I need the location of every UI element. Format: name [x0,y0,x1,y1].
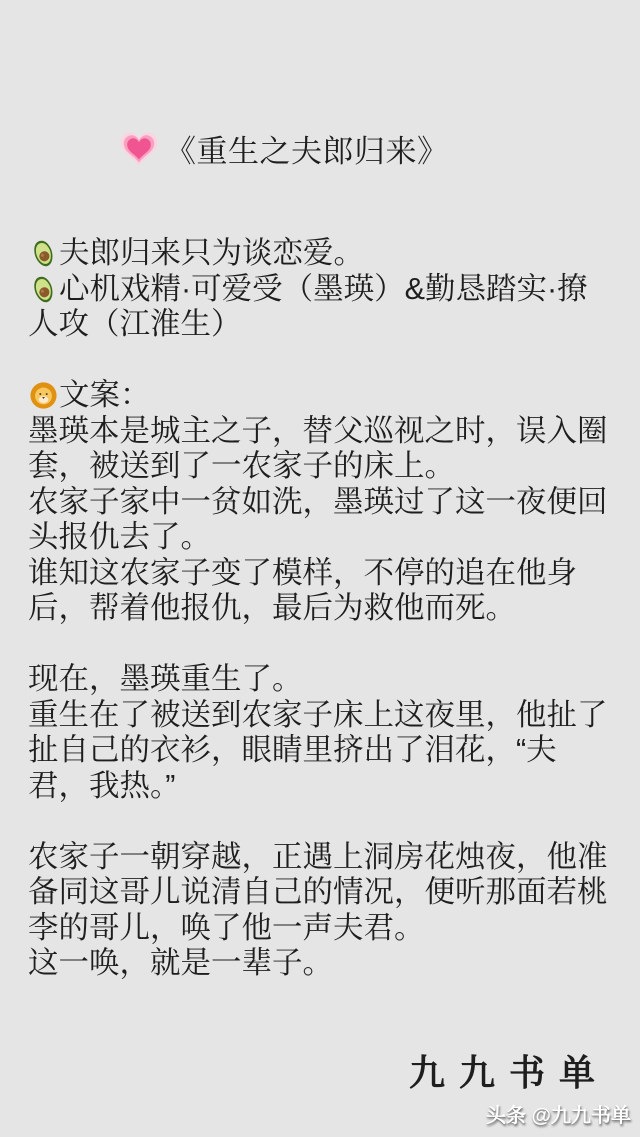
body-line-text: 这一唤，就是一辈子。 [28,946,333,980]
body-line: 谁知这农家子变了模样，不停的追在他身 [28,556,640,592]
body-line-text: 重生在了被送到农家子床上这夜里，他扯了 [28,698,608,732]
avocado-icon [28,274,59,305]
body-line: 农家子家中一贫如洗，墨瑛过了这一夜便回 [28,485,640,521]
body-line-text: 墨瑛本是城主之子，替父巡视之时，误入圈 [28,414,608,448]
body-line: 文案： [28,378,640,414]
body-line-text: 夫郎归来只为谈恋爱。 [59,236,364,270]
body-line-text: 农家子家中一贫如洗，墨瑛过了这一夜便回 [28,485,608,519]
avocado-icon [28,238,59,269]
book-title-text: 《重生之夫郎归来》 [165,126,449,171]
body-line: 心机戏精·可爱受（墨瑛）&勤恳踏实·撩 [28,272,640,308]
book-title: 《重生之夫郎归来》 [120,126,449,171]
body-line-text: 农家子一朝穿越，正遇上洞房花烛夜，他准 [28,840,608,874]
body-line: 头报仇去了。 [28,520,640,556]
body-line-text: 心机戏精·可爱受（墨瑛）&勤恳踏实·撩 [59,272,588,306]
growing-heart-icon [120,131,158,167]
paragraph: 农家子一朝穿越，正遇上洞房花烛夜，他准备同这哥儿说清自己的情况，便听那面若桃李的… [28,840,640,982]
body-line-text: 人攻（江淮生） [28,307,242,341]
body-line: 扯自己的衣衫，眼睛里挤出了泪花，“夫 [28,733,640,769]
body-line-text: 扯自己的衣衫，眼睛里挤出了泪花，“夫 [28,733,557,767]
body-line-text: 现在，墨瑛重生了。 [28,662,303,696]
body-line: 农家子一朝穿越，正遇上洞房花烛夜，他准 [28,840,640,876]
body-line: 重生在了被送到农家子床上这夜里，他扯了 [28,698,640,734]
paragraph: 现在，墨瑛重生了。重生在了被送到农家子床上这夜里，他扯了扯自己的衣衫，眼睛里挤出… [28,662,640,804]
lion-icon [28,380,59,411]
body-line: 君，我热。” [28,769,640,805]
body-line: 墨瑛本是城主之子，替父巡视之时，误入圈 [28,414,640,450]
body-line-text: 李的哥儿，唤了他一声夫君。 [28,911,425,945]
body-line: 后，帮着他报仇，最后为救他而死。 [28,591,640,627]
body-line-text: 备同这哥儿说清自己的情况，便听那面若桃 [28,875,608,909]
body-line: 李的哥儿，唤了他一声夫君。 [28,911,640,947]
body-line: 套，被送到了一农家子的床上。 [28,449,640,485]
paragraph: 夫郎归来只为谈恋爱。心机戏精·可爱受（墨瑛）&勤恳踏实·撩人攻（江淮生） [28,236,640,343]
book-description: 夫郎归来只为谈恋爱。心机戏精·可爱受（墨瑛）&勤恳踏实·撩人攻（江淮生）文案：墨… [28,236,640,982]
body-line-text: 后，帮着他报仇，最后为救他而死。 [28,591,516,625]
body-line-text: 文案： [59,378,151,412]
book-recommendation-card: 《重生之夫郎归来》 夫郎归来只为谈恋爱。心机戏精·可爱受（墨瑛）&勤恳踏实·撩人… [0,0,640,1137]
body-line: 人攻（江淮生） [28,307,640,343]
toutiao-watermark: 头条 @九九书单 [486,1099,631,1128]
brand-signature: 九 九 书 单 [409,1045,597,1096]
body-line: 这一唤，就是一辈子。 [28,946,640,982]
body-line-text: 套，被送到了一农家子的床上。 [28,449,455,483]
body-line: 现在，墨瑛重生了。 [28,662,640,698]
body-line: 夫郎归来只为谈恋爱。 [28,236,640,272]
body-line-text: 君，我热。” [28,769,175,803]
body-line: 备同这哥儿说清自己的情况，便听那面若桃 [28,875,640,911]
body-line-text: 谁知这农家子变了模样，不停的追在他身 [28,556,577,590]
paragraph: 文案：墨瑛本是城主之子，替父巡视之时，误入圈套，被送到了一农家子的床上。农家子家… [28,378,640,627]
body-line-text: 头报仇去了。 [28,520,211,554]
